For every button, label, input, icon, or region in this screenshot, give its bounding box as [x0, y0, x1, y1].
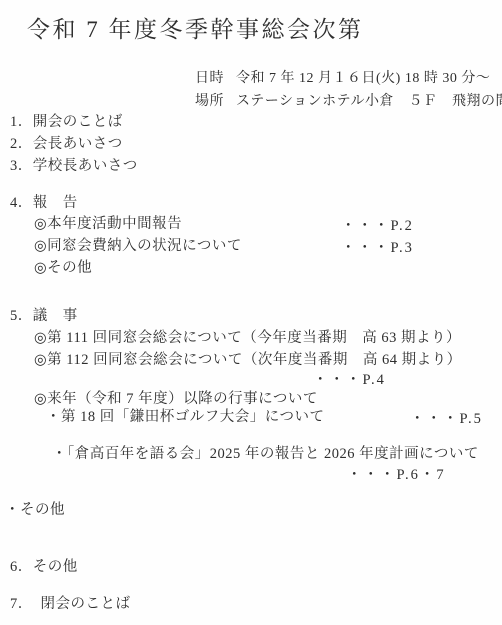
report-item-membership-fees: ◎同窓会費納入の状況について [34, 236, 242, 256]
discussion-subitem-kamata-cup-golf: ・第 18 回「鎌田杯ゴルフ大会」について [46, 407, 324, 427]
document-title: 令和 7 年度冬季幹事総会次第 [27, 11, 364, 44]
agenda-item-6-other: 6．その他 [10, 557, 78, 577]
datetime-value: 令和 7 年 12 月１６日(火) 18 時 30 分～ [236, 71, 490, 86]
meeting-datetime-line: 日時令和 7 年 12 月１６日(火) 18 時 30 分～ [195, 67, 490, 87]
agenda-item-5-discussion-heading: 5．議 事 [10, 306, 78, 326]
page-ref-p6-7: ・・・P.6・7 [347, 463, 446, 484]
agenda-item-3-principal-greeting: 3．学校長あいさつ [10, 156, 138, 176]
page-ref-p4: ・・・P.4 [313, 368, 386, 389]
datetime-label: 日時 [195, 71, 224, 86]
venue-value: ステーションホテル小倉 ５Ｆ 飛翔の間 [236, 94, 502, 109]
discussion-other-note: ・その他 [5, 500, 65, 520]
discussion-item-111th-general-meeting: ◎第 111 回同窓会総会について（今年度当番期 高 63 期より） [34, 328, 461, 348]
page-ref-p2: ・・・P.2 [341, 214, 414, 235]
discussion-subitem-kurataka-100years: ・「倉高百年を語る会」2025 年の報告と 2026 年度計画について [52, 444, 479, 464]
agenda-document-page: 令和 7 年度冬季幹事総会次第 日時令和 7 年 12 月１６日(火) 18 時… [0, 0, 502, 625]
agenda-item-1-opening: 1．開会のことば [10, 112, 123, 132]
venue-label: 場所 [195, 94, 224, 109]
agenda-item-7-closing: 7． 閉会のことば [10, 594, 131, 614]
report-item-other: ◎その他 [34, 258, 92, 278]
agenda-item-2-president-greeting: 2．会長あいさつ [10, 134, 123, 154]
agenda-item-4-reports-heading: 4．報 告 [10, 193, 78, 213]
discussion-item-112th-general-meeting: ◎第 112 回同窓会総会について（次年度当番期 高 64 期より） [34, 350, 462, 370]
discussion-item-next-year-events: ◎来年（令和 7 年度）以降の行事について [34, 389, 318, 409]
report-item-midterm-activity: ◎本年度活動中間報告 [34, 214, 182, 234]
page-ref-p5: ・・・P.5 [410, 407, 483, 428]
page-ref-p3: ・・・P.3 [341, 236, 414, 257]
meeting-venue-line: 場所ステーションホテル小倉 ５Ｆ 飛翔の間 [195, 90, 502, 110]
